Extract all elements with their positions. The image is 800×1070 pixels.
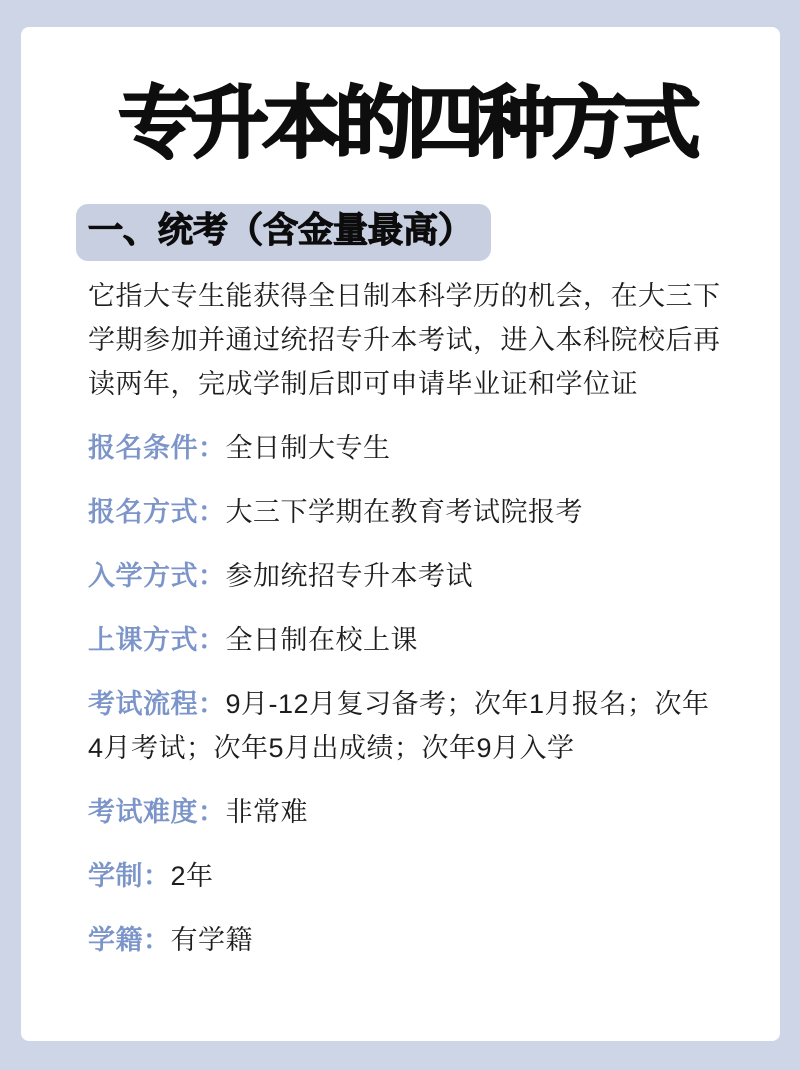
section-heading-row: 一、统考（含金量最高）: [88, 171, 725, 261]
info-label: 上课方式：: [88, 625, 226, 655]
info-value: 非常难: [226, 797, 309, 827]
info-item: 入学方式：参加统招专升本考试: [88, 554, 725, 598]
info-label: 报名方式：: [88, 497, 226, 527]
info-item: 学制：2年: [88, 854, 725, 898]
page-title: 专升本的四种方式: [88, 75, 725, 171]
page-background: 专升本的四种方式 一、统考（含金量最高） 它指大专生能获得全日制本科学历的机会，…: [0, 0, 800, 1070]
info-value: 大三下学期在教育考试院报考: [226, 497, 584, 527]
info-value: 全日制大专生: [226, 433, 391, 463]
section-heading-pill: 一、统考（含金量最高）: [76, 204, 491, 261]
info-item: 学籍：有学籍: [88, 918, 725, 962]
info-value: 全日制在校上课: [226, 625, 419, 655]
info-item: 考试难度：非常难: [88, 790, 725, 834]
info-label: 报名条件：: [88, 433, 226, 463]
info-list: 报名条件：全日制大专生 报名方式：大三下学期在教育考试院报考 入学方式：参加统招…: [88, 426, 725, 962]
info-value: 2年: [171, 861, 214, 891]
info-label: 考试流程：: [88, 689, 226, 719]
info-label: 考试难度：: [88, 797, 226, 827]
info-item: 上课方式：全日制在校上课: [88, 618, 725, 662]
info-value: 有学籍: [171, 925, 254, 955]
info-item: 报名方式：大三下学期在教育考试院报考: [88, 490, 725, 534]
info-value: 参加统招专升本考试: [226, 561, 474, 591]
info-label: 入学方式：: [88, 561, 226, 591]
intro-paragraph: 它指大专生能获得全日制本科学历的机会，在大三下学期参加并通过统招专升本考试，进入…: [88, 274, 725, 406]
content-card: 专升本的四种方式 一、统考（含金量最高） 它指大专生能获得全日制本科学历的机会，…: [21, 27, 780, 1041]
info-label: 学制：: [88, 861, 171, 891]
info-item: 报名条件：全日制大专生: [88, 426, 725, 470]
info-label: 学籍：: [88, 925, 171, 955]
info-item: 考试流程：9月-12月复习备考；次年1月报名；次年4月考试；次年5月出成绩；次年…: [88, 682, 725, 770]
